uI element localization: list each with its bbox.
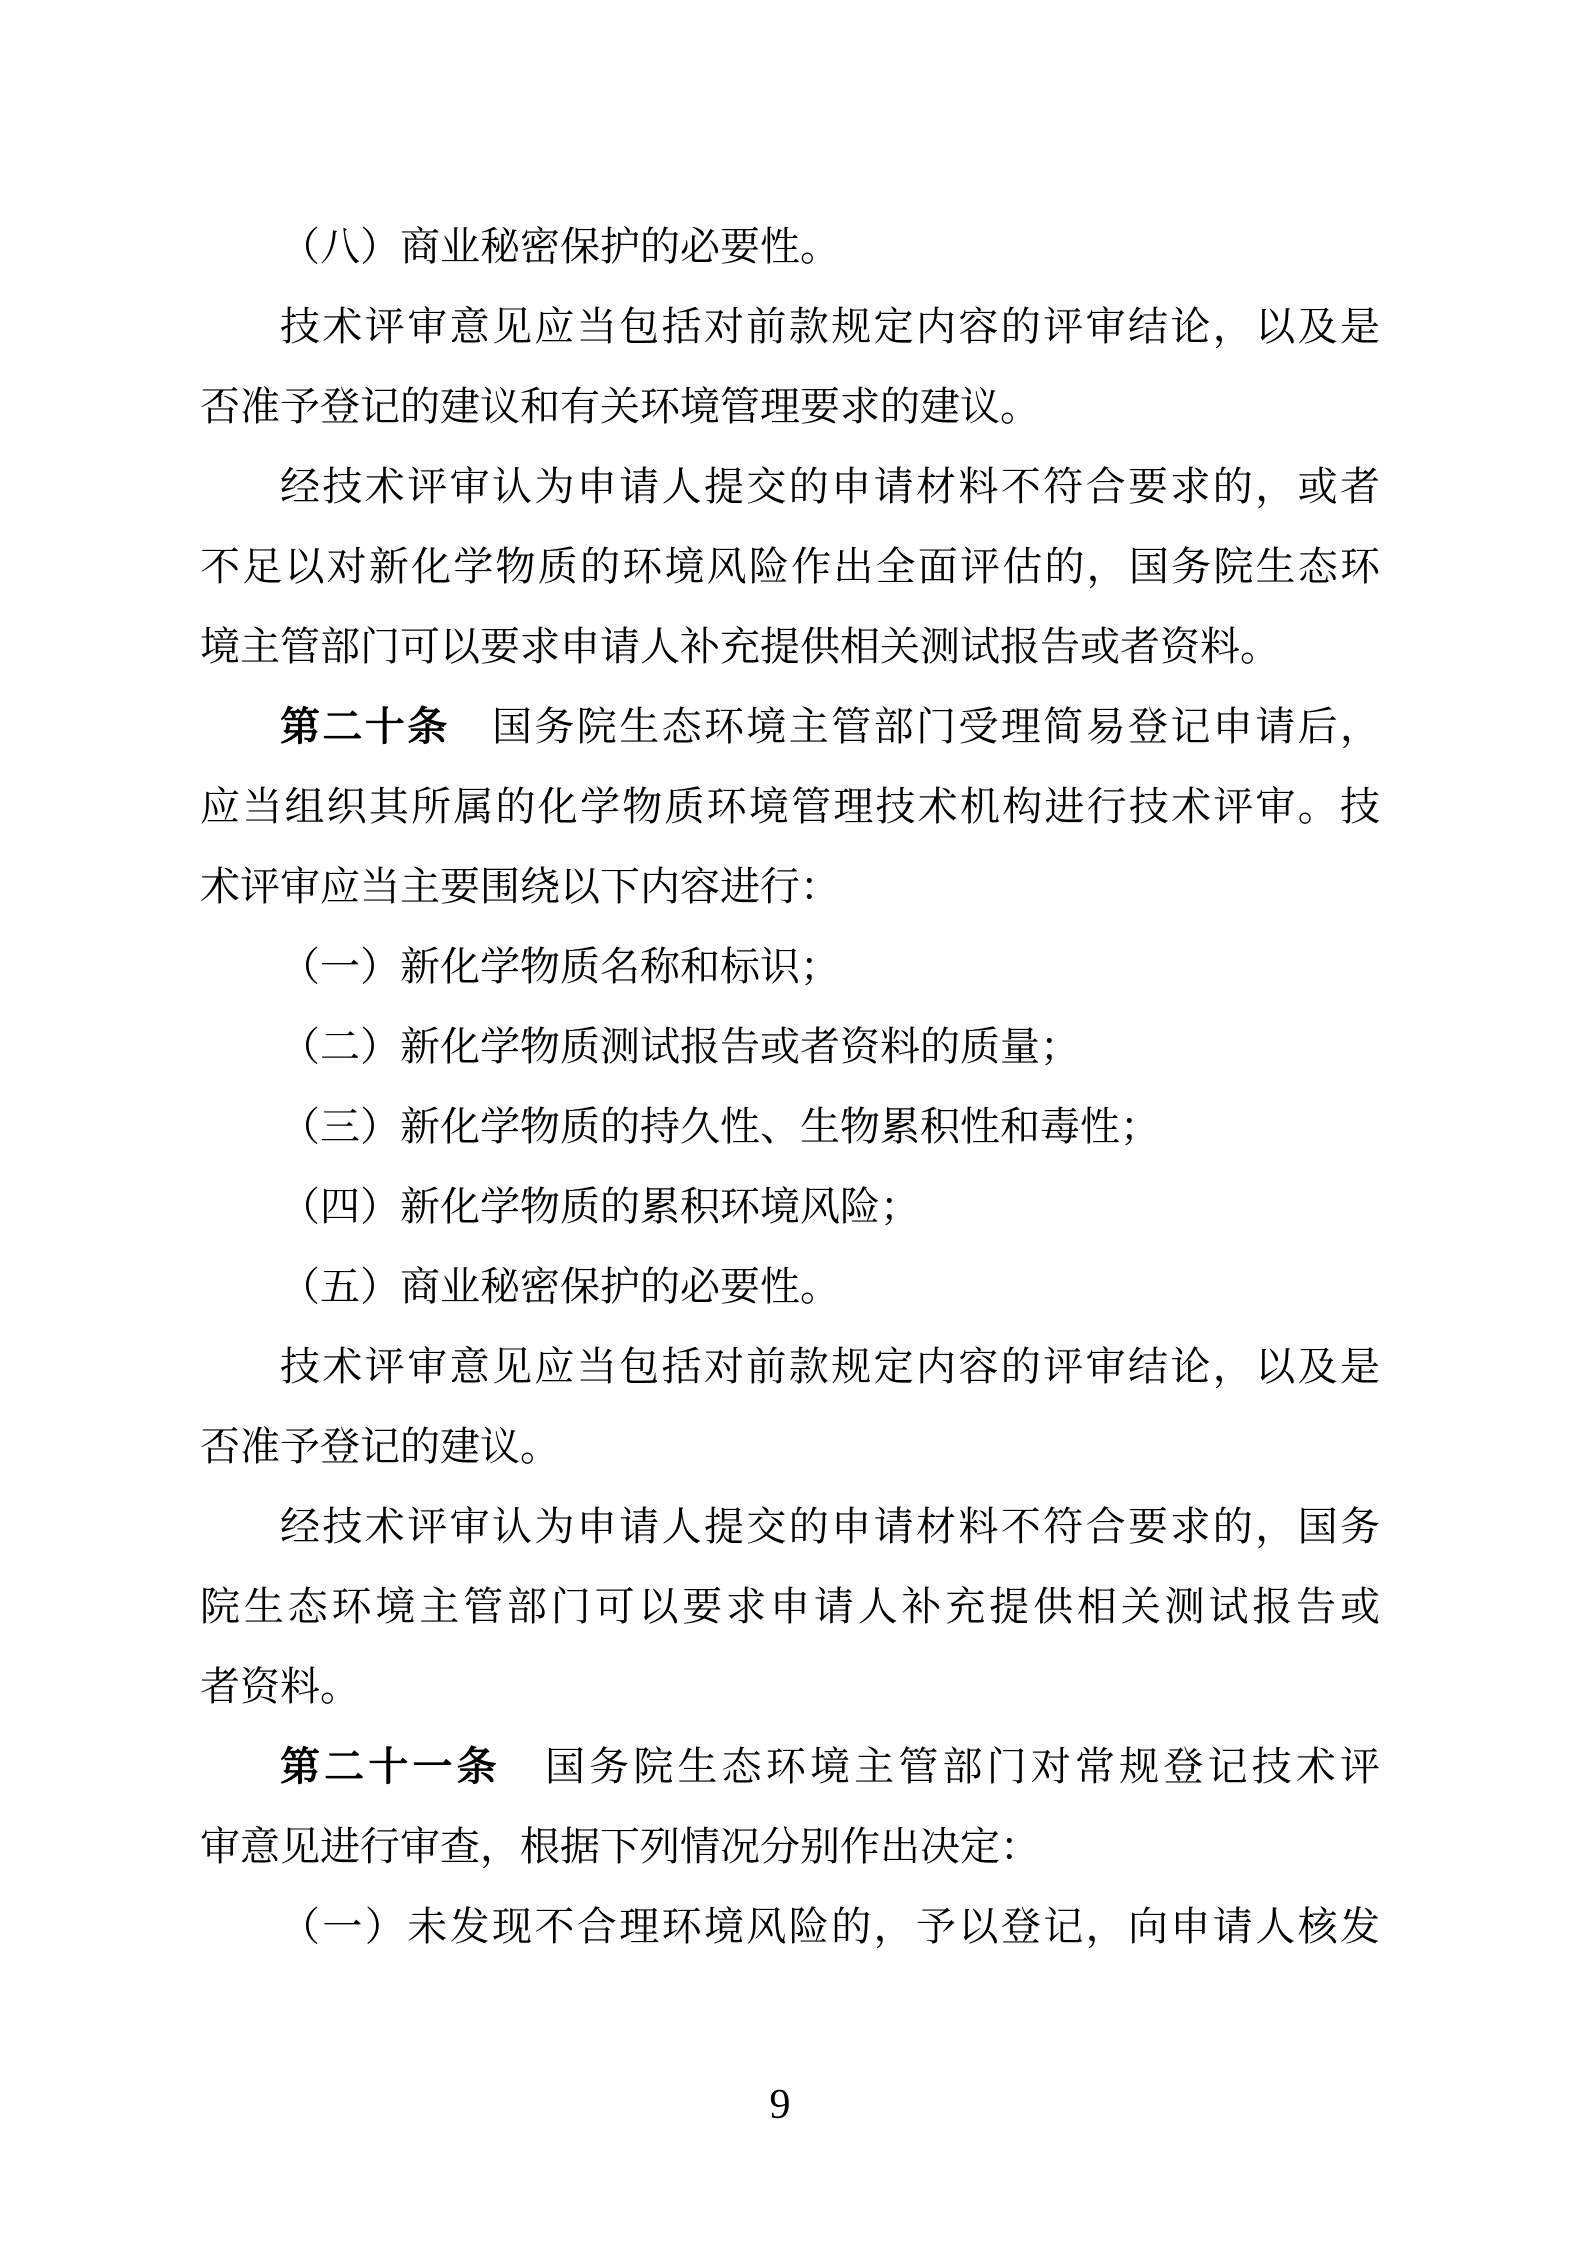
text-line: 经技术评审认为申请人提交的申请材料不符合要求的，国务 xyxy=(200,1487,1380,1567)
article-number: 第二十一条 xyxy=(280,1744,501,1789)
text-line: 应当组织其所属的化学物质环境管理技术机构进行技术评审。技 xyxy=(200,767,1380,847)
text-line: （二）新化学物质测试报告或者资料的质量； xyxy=(200,1007,1380,1087)
text-line: 否准予登记的建议和有关环境管理要求的建议。 xyxy=(200,367,1380,447)
text-line: 否准予登记的建议。 xyxy=(200,1407,1380,1487)
article-number: 第二十条 xyxy=(280,704,450,749)
document-page: （八）商业秘密保护的必要性。技术评审意见应当包括对前款规定内容的评审结论，以及是… xyxy=(0,0,1587,2245)
text-line: 经技术评审认为申请人提交的申请材料不符合要求的，或者 xyxy=(200,447,1380,527)
text-line: 院生态环境主管部门可以要求申请人补充提供相关测试报告或 xyxy=(200,1567,1380,1647)
document-body: （八）商业秘密保护的必要性。技术评审意见应当包括对前款规定内容的评审结论，以及是… xyxy=(200,207,1380,1967)
text-line: 者资料。 xyxy=(200,1647,1380,1727)
page-number: 9 xyxy=(0,2082,1560,2128)
text-line: 第二十一条 国务院生态环境主管部门对常规登记技术评 xyxy=(200,1727,1380,1807)
text-line: 审意见进行审查，根据下列情况分别作出决定： xyxy=(200,1807,1380,1887)
text-line: 不足以对新化学物质的环境风险作出全面评估的，国务院生态环 xyxy=(200,527,1380,607)
text-line: （一）新化学物质名称和标识； xyxy=(200,927,1380,1007)
text-line: （三）新化学物质的持久性、生物累积性和毒性； xyxy=(200,1087,1380,1167)
text-line: 技术评审意见应当包括对前款规定内容的评审结论，以及是 xyxy=(200,1327,1380,1407)
text-line: 术评审应当主要围绕以下内容进行： xyxy=(200,847,1380,927)
text-line: 技术评审意见应当包括对前款规定内容的评审结论，以及是 xyxy=(200,287,1380,367)
text-line: （五）商业秘密保护的必要性。 xyxy=(200,1247,1380,1327)
text-line: 第二十条 国务院生态环境主管部门受理简易登记申请后， xyxy=(200,687,1380,767)
text-line: 境主管部门可以要求申请人补充提供相关测试报告或者资料。 xyxy=(200,607,1380,687)
text-line: （八）商业秘密保护的必要性。 xyxy=(200,207,1380,287)
text-line: （一）未发现不合理环境风险的，予以登记，向申请人核发 xyxy=(200,1887,1380,1967)
text-line: （四）新化学物质的累积环境风险； xyxy=(200,1167,1380,1247)
